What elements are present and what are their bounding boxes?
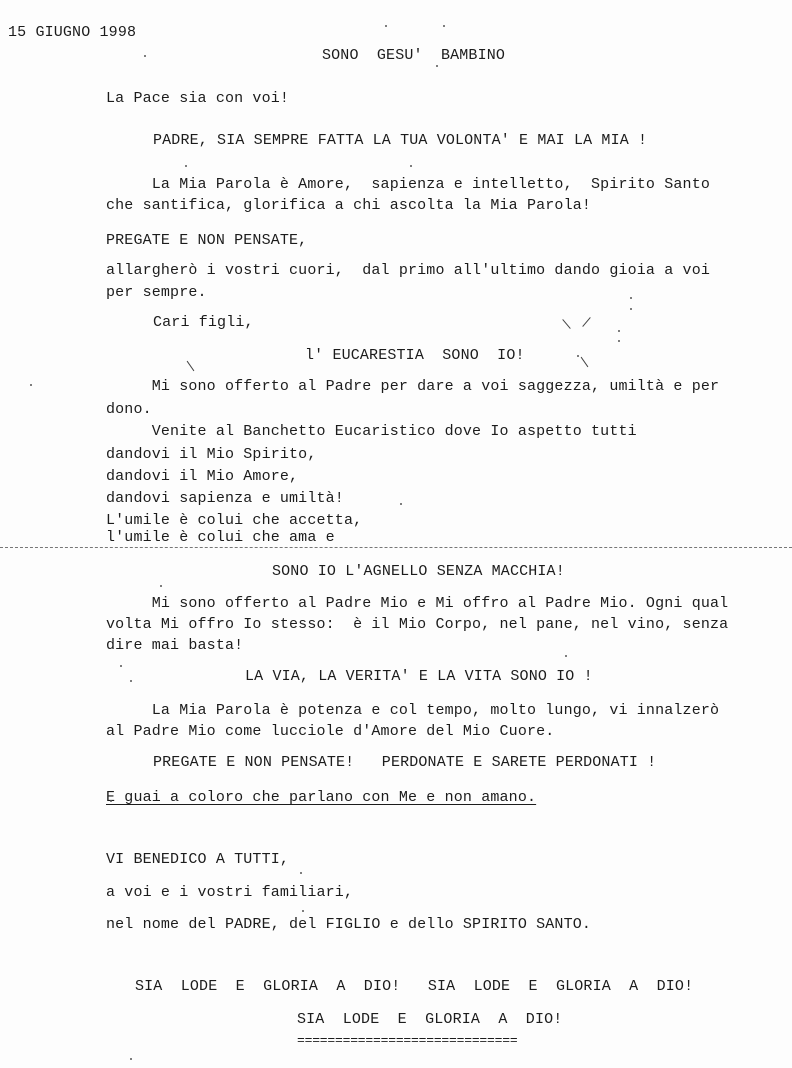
exhortation-1: PREGATE E NON PENSATE, <box>106 232 307 250</box>
scan-speck <box>436 65 438 67</box>
scan-mark <box>562 319 570 329</box>
scan-speck <box>30 384 32 386</box>
scan-speck <box>130 680 132 682</box>
scan-speck <box>144 55 146 57</box>
paragraph-2-line-1: allargherò i vostri cuori, dal primo all… <box>106 262 710 280</box>
doxology-line-1: SIA LODE E GLORIA A DIO! SIA LODE E GLOR… <box>135 978 693 996</box>
paragraph-4-line-3: dire mai basta! <box>106 637 243 655</box>
scan-speck <box>120 665 122 667</box>
paragraph-5-line-1: La Mia Parola è potenza e col tempo, mol… <box>106 702 719 720</box>
paragraph-3-line-2: dono. <box>106 401 152 419</box>
paragraph-3-line-6: dandovi sapienza e umiltà! <box>106 490 344 508</box>
exhortation-2: PREGATE E NON PENSATE! PERDONATE E SARET… <box>153 754 656 772</box>
scan-speck <box>565 655 567 657</box>
scan-speck <box>410 165 412 167</box>
scan-speck <box>618 330 620 332</box>
paragraph-5-line-2: al Padre Mio come lucciole d'Amore del M… <box>106 723 554 741</box>
paragraph-3-line-5: dandovi il Mio Amore, <box>106 468 298 486</box>
scan-artifact-line <box>0 547 792 548</box>
document-date: 15 GIUGNO 1998 <box>8 24 136 42</box>
greeting: La Pace sia con voi! <box>106 90 289 108</box>
closing-rule: ============================= <box>297 1032 517 1050</box>
paragraph-3-line-3: Venite al Banchetto Eucaristico dove Io … <box>106 423 637 441</box>
paragraph-3-line-4: dandovi il Mio Spirito, <box>106 446 316 464</box>
scan-speck <box>130 1058 132 1060</box>
doxology-line-2: SIA LODE E GLORIA A DIO! <box>297 1011 562 1029</box>
warning-underlined: E guai a coloro che parlano con Me e non… <box>106 789 536 807</box>
scan-speck <box>577 355 579 357</box>
document-page: 15 GIUGNO 1998 SONO GESU' BAMBINO La Pac… <box>0 0 792 1068</box>
paragraph-4-line-1: Mi sono offerto al Padre Mio e Mi offro … <box>106 595 728 613</box>
paragraph-2-line-2: per sempre. <box>106 284 207 302</box>
blessing-line-3: nel nome del PADRE, del FIGLIO e dello S… <box>106 916 591 934</box>
paragraph-3-line-8: l'umile è colui che ama e <box>106 529 335 547</box>
blessing-line-1: VI BENEDICO A TUTTI, <box>106 851 289 869</box>
salutation: Cari figli, <box>153 314 254 332</box>
scan-mark <box>581 357 589 367</box>
prayer-line: PADRE, SIA SEMPRE FATTA LA TUA VOLONTA' … <box>153 132 647 150</box>
scan-speck <box>300 872 302 874</box>
scan-speck <box>400 503 402 505</box>
document-title: SONO GESU' BAMBINO <box>322 47 505 65</box>
scan-mark <box>582 317 590 327</box>
paragraph-3-line-7: L'umile è colui che accetta, <box>106 512 362 530</box>
heading-agnello: SONO IO L'AGNELLO SENZA MACCHIA! <box>272 563 565 581</box>
scan-speck <box>110 800 112 802</box>
paragraph-1-line-2: che santifica, glorifica a chi ascolta l… <box>106 197 591 215</box>
scan-speck <box>302 910 304 912</box>
scan-speck <box>630 297 632 299</box>
paragraph-4-line-2: volta Mi offro Io stesso: è il Mio Corpo… <box>106 616 728 634</box>
scan-speck <box>160 585 162 587</box>
scan-speck <box>630 308 632 310</box>
scan-speck <box>385 25 387 27</box>
paragraph-1-line-1: La Mia Parola è Amore, sapienza e intell… <box>106 176 710 194</box>
scan-speck <box>618 340 620 342</box>
scan-speck <box>185 165 187 167</box>
scan-mark <box>187 361 195 371</box>
paragraph-3-line-1: Mi sono offerto al Padre per dare a voi … <box>106 378 719 396</box>
heading-via-verita-vita: LA VIA, LA VERITA' E LA VITA SONO IO ! <box>245 668 593 686</box>
heading-eucarestia: l' EUCARESTIA SONO IO! <box>305 347 525 365</box>
blessing-line-2: a voi e i vostri familiari, <box>106 884 353 902</box>
scan-speck <box>443 25 445 27</box>
